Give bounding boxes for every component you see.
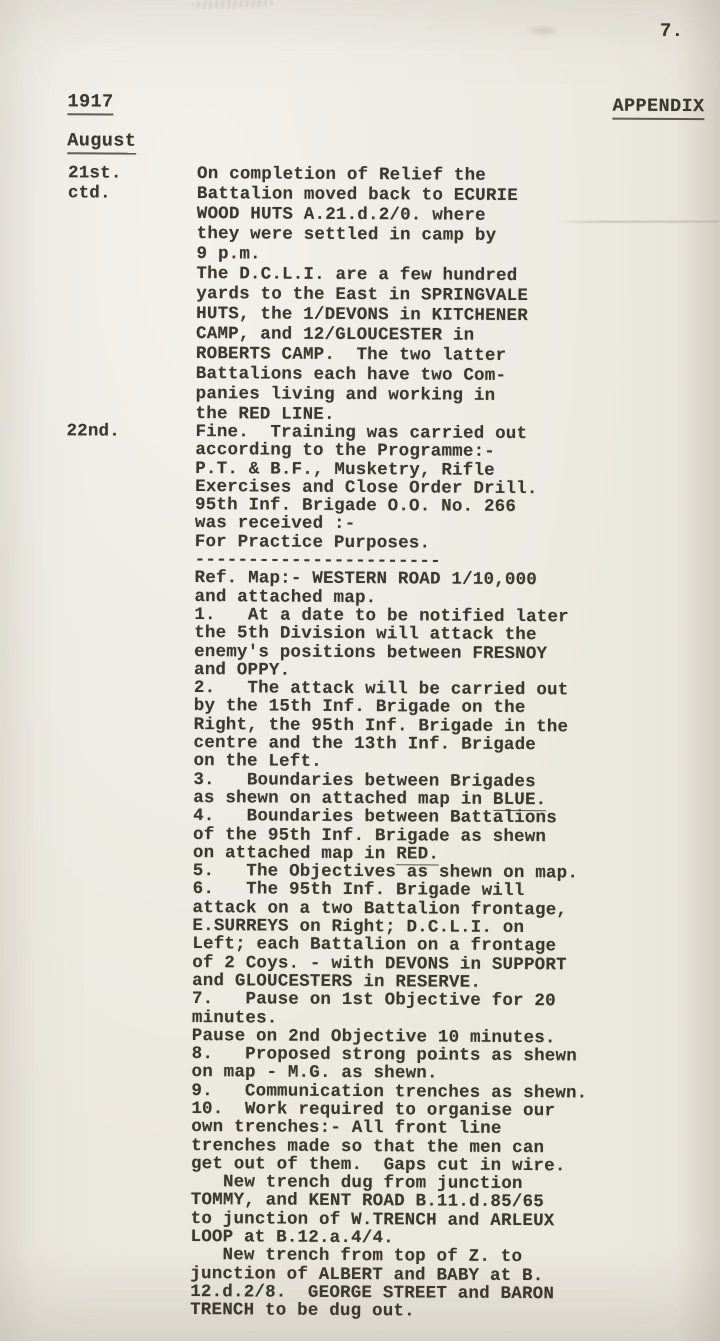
text-line: CAMP, and 12/GLOUCESTER in: [196, 324, 528, 346]
text-line: WOOD HUTS A.21.d.2/0. where: [197, 204, 529, 226]
text-line: panies living and working in: [196, 384, 528, 406]
paper-crease: [555, 221, 719, 223]
month-heading-text: August: [67, 130, 136, 154]
month-heading: August: [67, 130, 136, 154]
ink-smudge: [192, 0, 274, 9]
entry-date: 22nd.: [66, 422, 120, 441]
entry-body: On completion of Relief theBattalion mov…: [196, 164, 529, 426]
year-heading: 1917: [67, 91, 113, 115]
text-line: Battalion moved back to ECURIE: [197, 184, 529, 206]
entry-body: Fine. Training was carried outaccording …: [190, 423, 591, 1322]
year-heading-text: 1917: [67, 91, 113, 115]
text-line: ctd.: [68, 183, 122, 203]
paper-stain: [530, 27, 556, 34]
text-line: they were settled in camp by: [197, 224, 529, 246]
text-line: yards to the East in SPRINGVALE: [196, 284, 528, 306]
text-line: The D.C.L.I. are a few hundred: [196, 264, 528, 286]
text-line: 22nd.: [66, 422, 120, 441]
entry-date: 21st.ctd.: [68, 163, 122, 203]
text-line: 9 p.m.: [197, 244, 529, 266]
page-number: 7.: [660, 20, 684, 42]
war-diary-page: 7. 1917 APPENDIX August 21st.ctd. On com…: [0, 0, 720, 1341]
page-content: 7. 1917 APPENDIX August 21st.ctd. On com…: [0, 0, 720, 1341]
text-line: On completion of Relief the: [197, 164, 529, 186]
text-line: 21st.: [68, 163, 122, 183]
text-line: TRENCH to be dug out.: [190, 1301, 586, 1322]
text-line: HUTS, the 1/DEVONS in KITCHENER: [196, 304, 528, 326]
appendix-heading: APPENDIX: [612, 96, 704, 121]
appendix-heading-text: APPENDIX: [612, 96, 704, 121]
text-line: Battalions each have two Com-: [196, 364, 528, 386]
text-line: ROBERTS CAMP. The two latter: [196, 344, 528, 366]
